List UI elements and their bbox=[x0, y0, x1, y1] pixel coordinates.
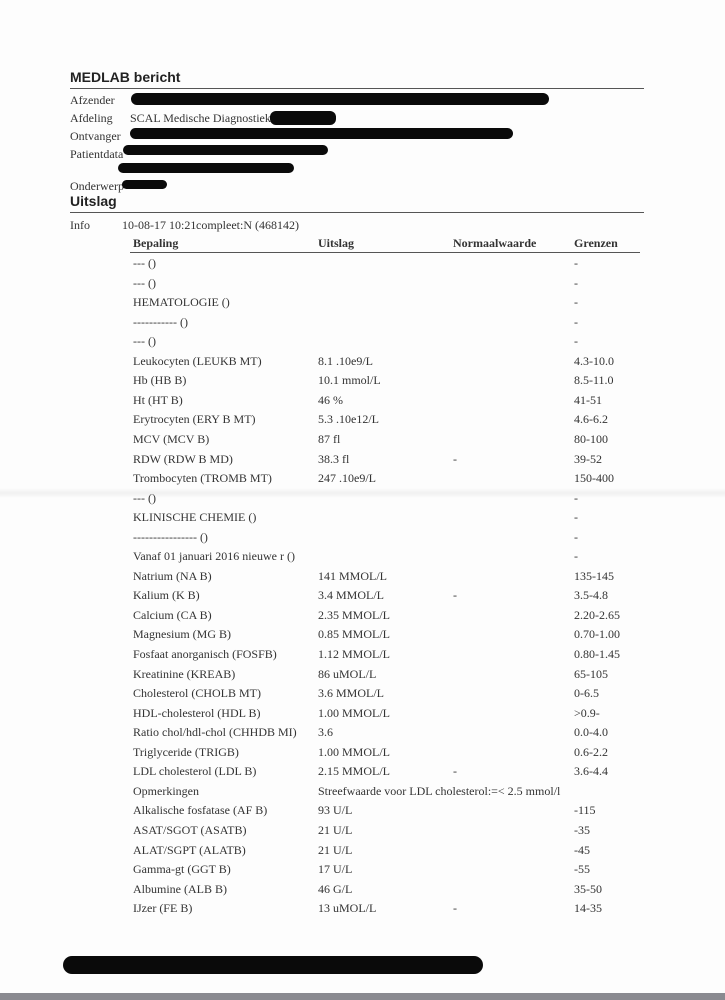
reference-range: - bbox=[574, 256, 578, 271]
test-name: ASAT/SGOT (ASATB) bbox=[133, 823, 246, 838]
redaction-ontvanger bbox=[130, 128, 513, 139]
column-header-grenzen: Grenzen bbox=[574, 236, 618, 251]
result-value: 87 fl bbox=[318, 432, 340, 447]
table-row: ---------------- ()- bbox=[0, 530, 725, 550]
reference-range: 0-6.5 bbox=[574, 686, 599, 701]
result-value: 21 U/L bbox=[318, 843, 352, 858]
table-row: --- ()- bbox=[0, 276, 725, 296]
test-name: Triglyceride (TRIGB) bbox=[133, 745, 239, 760]
test-name: --- () bbox=[133, 276, 156, 291]
info-datetime: 10-08-17 10:21 bbox=[122, 218, 196, 233]
table-row: IJzer (FE B)13 uMOL/L-14-35 bbox=[0, 901, 725, 921]
report-page: MEDLAB bericht Afzender Afdeling SCAL Me… bbox=[0, 0, 725, 1000]
reference-range: >0.9- bbox=[574, 706, 600, 721]
reference-range: - bbox=[574, 510, 578, 525]
table-row: HEMATOLOGIE ()- bbox=[0, 295, 725, 315]
reference-range: 3.6-4.4 bbox=[574, 764, 608, 779]
table-row: ALAT/SGPT (ALATB)21 U/L-45 bbox=[0, 843, 725, 863]
scan-edge bbox=[0, 993, 725, 1000]
table-row: LDL cholesterol (LDL B)2.15 MMOL/L-3.6-4… bbox=[0, 764, 725, 784]
redaction-patientdata-1 bbox=[123, 145, 328, 155]
section-title: Uitslag bbox=[70, 193, 117, 209]
result-value: 17 U/L bbox=[318, 862, 352, 877]
redaction-afdeling bbox=[270, 111, 336, 125]
table-row: Trombocyten (TROMB MT)247 .10e9/L150-400 bbox=[0, 471, 725, 491]
reference-range: - bbox=[574, 549, 578, 564]
field-label-ontvanger: Ontvanger bbox=[70, 129, 121, 144]
reference-range: 3.5-4.8 bbox=[574, 588, 608, 603]
table-row: Kreatinine (KREAB)86 uMOL/L65-105 bbox=[0, 667, 725, 687]
table-row: OpmerkingenStreefwaarde voor LDL cholest… bbox=[0, 784, 725, 804]
normal-flag: - bbox=[453, 588, 457, 603]
result-value: 86 uMOL/L bbox=[318, 667, 376, 682]
normal-flag: - bbox=[453, 452, 457, 467]
test-name: Opmerkingen bbox=[133, 784, 199, 799]
field-label-afzender: Afzender bbox=[70, 93, 115, 108]
reference-range: 150-400 bbox=[574, 471, 614, 486]
test-name: Fosfaat anorganisch (FOSFB) bbox=[133, 647, 277, 662]
section-rule bbox=[70, 212, 644, 213]
field-value-afdeling: SCAL Medische Diagnostiek bbox=[130, 111, 271, 126]
table-row: Albumine (ALB B)46 G/L35-50 bbox=[0, 882, 725, 902]
test-name: MCV (MCV B) bbox=[133, 432, 209, 447]
test-name: Trombocyten (TROMB MT) bbox=[133, 471, 272, 486]
column-header-normaalwaarde: Normaalwaarde bbox=[453, 236, 536, 251]
reference-range: 14-35 bbox=[574, 901, 602, 916]
table-row: Leukocyten (LEUKB MT)8.1 .10e9/L4.3-10.0 bbox=[0, 354, 725, 374]
reference-range: 80-100 bbox=[574, 432, 608, 447]
table-row: HDL-cholesterol (HDL B)1.00 MMOL/L>0.9- bbox=[0, 706, 725, 726]
test-name: Ratio chol/hdl-chol (CHHDB MI) bbox=[133, 725, 297, 740]
info-label: Info bbox=[70, 218, 90, 233]
normal-flag: - bbox=[453, 901, 457, 916]
result-value: 2.15 MMOL/L bbox=[318, 764, 390, 779]
test-name: Gamma-gt (GGT B) bbox=[133, 862, 231, 877]
table-row: Magnesium (MG B)0.85 MMOL/L0.70-1.00 bbox=[0, 627, 725, 647]
table-row: Erytrocyten (ERY B MT)5.3 .10e12/L4.6-6.… bbox=[0, 412, 725, 432]
table-row: MCV (MCV B)87 fl80-100 bbox=[0, 432, 725, 452]
test-name: Natrium (NA B) bbox=[133, 569, 212, 584]
test-name: KLINISCHE CHEMIE () bbox=[133, 510, 256, 525]
result-value: 141 MMOL/L bbox=[318, 569, 387, 584]
result-value: 46 G/L bbox=[318, 882, 352, 897]
test-name: ---------------- () bbox=[133, 530, 208, 545]
title-rule bbox=[70, 88, 644, 89]
table-row: Ht (HT B)46 %41-51 bbox=[0, 393, 725, 413]
reference-range: 65-105 bbox=[574, 667, 608, 682]
column-header-bepaling: Bepaling bbox=[133, 236, 178, 251]
reference-range: 2.20-2.65 bbox=[574, 608, 620, 623]
table-row: Ratio chol/hdl-chol (CHHDB MI)3.60.0-4.0 bbox=[0, 725, 725, 745]
table-row: Triglyceride (TRIGB)1.00 MMOL/L0.6-2.2 bbox=[0, 745, 725, 765]
test-name: Hb (HB B) bbox=[133, 373, 186, 388]
test-name: Alkalische fosfatase (AF B) bbox=[133, 803, 267, 818]
result-value: 21 U/L bbox=[318, 823, 352, 838]
table-row: Kalium (K B)3.4 MMOL/L-3.5-4.8 bbox=[0, 588, 725, 608]
redaction-afzender bbox=[131, 93, 549, 105]
result-value: 1.00 MMOL/L bbox=[318, 745, 390, 760]
result-value: 1.12 MMOL/L bbox=[318, 647, 390, 662]
reference-range: 39-52 bbox=[574, 452, 602, 467]
reference-range: 0.6-2.2 bbox=[574, 745, 608, 760]
table-row: Cholesterol (CHOLB MT)3.6 MMOL/L0-6.5 bbox=[0, 686, 725, 706]
report-title: MEDLAB bericht bbox=[70, 69, 180, 85]
result-value: 0.85 MMOL/L bbox=[318, 627, 390, 642]
result-value: Streefwaarde voor LDL cholesterol:=< 2.5… bbox=[318, 784, 560, 799]
reference-range: 0.0-4.0 bbox=[574, 725, 608, 740]
test-name: Leukocyten (LEUKB MT) bbox=[133, 354, 262, 369]
test-name: Ht (HT B) bbox=[133, 393, 183, 408]
table-row: Alkalische fosfatase (AF B)93 U/L-115 bbox=[0, 803, 725, 823]
result-value: 2.35 MMOL/L bbox=[318, 608, 390, 623]
normal-flag: - bbox=[453, 764, 457, 779]
test-name: ----------- () bbox=[133, 315, 188, 330]
result-value: 46 % bbox=[318, 393, 343, 408]
test-name: Kalium (K B) bbox=[133, 588, 200, 603]
reference-range: - bbox=[574, 315, 578, 330]
redaction-footer bbox=[63, 956, 483, 974]
result-value: 10.1 mmol/L bbox=[318, 373, 381, 388]
reference-range: - bbox=[574, 295, 578, 310]
table-row: --- ()- bbox=[0, 491, 725, 511]
reference-range: -115 bbox=[574, 803, 596, 818]
reference-range: 4.6-6.2 bbox=[574, 412, 608, 427]
test-name: --- () bbox=[133, 491, 156, 506]
test-name: IJzer (FE B) bbox=[133, 901, 192, 916]
info-status: compleet:N (468142) bbox=[196, 218, 299, 233]
reference-range: - bbox=[574, 491, 578, 506]
result-value: 1.00 MMOL/L bbox=[318, 706, 390, 721]
test-name: --- () bbox=[133, 256, 156, 271]
result-value: 93 U/L bbox=[318, 803, 352, 818]
table-row: KLINISCHE CHEMIE ()- bbox=[0, 510, 725, 530]
table-row: --- ()- bbox=[0, 334, 725, 354]
test-name: Calcium (CA B) bbox=[133, 608, 212, 623]
redaction-patientdata-2 bbox=[118, 163, 294, 173]
table-row: Hb (HB B)10.1 mmol/L8.5-11.0 bbox=[0, 373, 725, 393]
field-label-patientdata: Patientdata bbox=[70, 147, 123, 162]
reference-range: -45 bbox=[574, 843, 590, 858]
test-name: RDW (RDW B MD) bbox=[133, 452, 233, 467]
table-header-rule bbox=[130, 252, 640, 253]
table-row: ----------- ()- bbox=[0, 315, 725, 335]
test-name: HDL-cholesterol (HDL B) bbox=[133, 706, 261, 721]
test-name: Kreatinine (KREAB) bbox=[133, 667, 235, 682]
table-row: Gamma-gt (GGT B)17 U/L-55 bbox=[0, 862, 725, 882]
result-value: 5.3 .10e12/L bbox=[318, 412, 379, 427]
reference-range: 8.5-11.0 bbox=[574, 373, 614, 388]
table-row: ASAT/SGOT (ASATB)21 U/L-35 bbox=[0, 823, 725, 843]
result-value: 3.6 MMOL/L bbox=[318, 686, 384, 701]
reference-range: -35 bbox=[574, 823, 590, 838]
result-value: 3.4 MMOL/L bbox=[318, 588, 384, 603]
reference-range: 0.80-1.45 bbox=[574, 647, 620, 662]
result-value: 8.1 .10e9/L bbox=[318, 354, 373, 369]
table-row: RDW (RDW B MD)38.3 fl-39-52 bbox=[0, 452, 725, 472]
reference-range: - bbox=[574, 530, 578, 545]
table-row: --- ()- bbox=[0, 256, 725, 276]
test-name: ALAT/SGPT (ALATB) bbox=[133, 843, 246, 858]
reference-range: 41-51 bbox=[574, 393, 602, 408]
reference-range: -55 bbox=[574, 862, 590, 877]
table-row: Fosfaat anorganisch (FOSFB)1.12 MMOL/L0.… bbox=[0, 647, 725, 667]
field-label-onderwerp: Onderwerp bbox=[70, 179, 124, 194]
test-name: Albumine (ALB B) bbox=[133, 882, 227, 897]
reference-range: - bbox=[574, 276, 578, 291]
test-name: Cholesterol (CHOLB MT) bbox=[133, 686, 261, 701]
reference-range: 135-145 bbox=[574, 569, 614, 584]
test-name: --- () bbox=[133, 334, 156, 349]
test-name: Vanaf 01 januari 2016 nieuwe r () bbox=[133, 549, 295, 564]
test-name: HEMATOLOGIE () bbox=[133, 295, 230, 310]
redaction-onderwerp bbox=[122, 180, 167, 189]
result-value: 247 .10e9/L bbox=[318, 471, 376, 486]
table-row: Natrium (NA B)141 MMOL/L135-145 bbox=[0, 569, 725, 589]
test-name: Magnesium (MG B) bbox=[133, 627, 231, 642]
result-value: 38.3 fl bbox=[318, 452, 349, 467]
result-value: 13 uMOL/L bbox=[318, 901, 376, 916]
reference-range: 4.3-10.0 bbox=[574, 354, 614, 369]
table-row: Calcium (CA B)2.35 MMOL/L2.20-2.65 bbox=[0, 608, 725, 628]
test-name: Erytrocyten (ERY B MT) bbox=[133, 412, 256, 427]
test-name: LDL cholesterol (LDL B) bbox=[133, 764, 256, 779]
column-header-uitslag: Uitslag bbox=[318, 236, 354, 251]
field-label-afdeling: Afdeling bbox=[70, 111, 113, 126]
reference-range: 35-50 bbox=[574, 882, 602, 897]
reference-range: - bbox=[574, 334, 578, 349]
table-row: Vanaf 01 januari 2016 nieuwe r ()- bbox=[0, 549, 725, 569]
result-value: 3.6 bbox=[318, 725, 333, 740]
reference-range: 0.70-1.00 bbox=[574, 627, 620, 642]
